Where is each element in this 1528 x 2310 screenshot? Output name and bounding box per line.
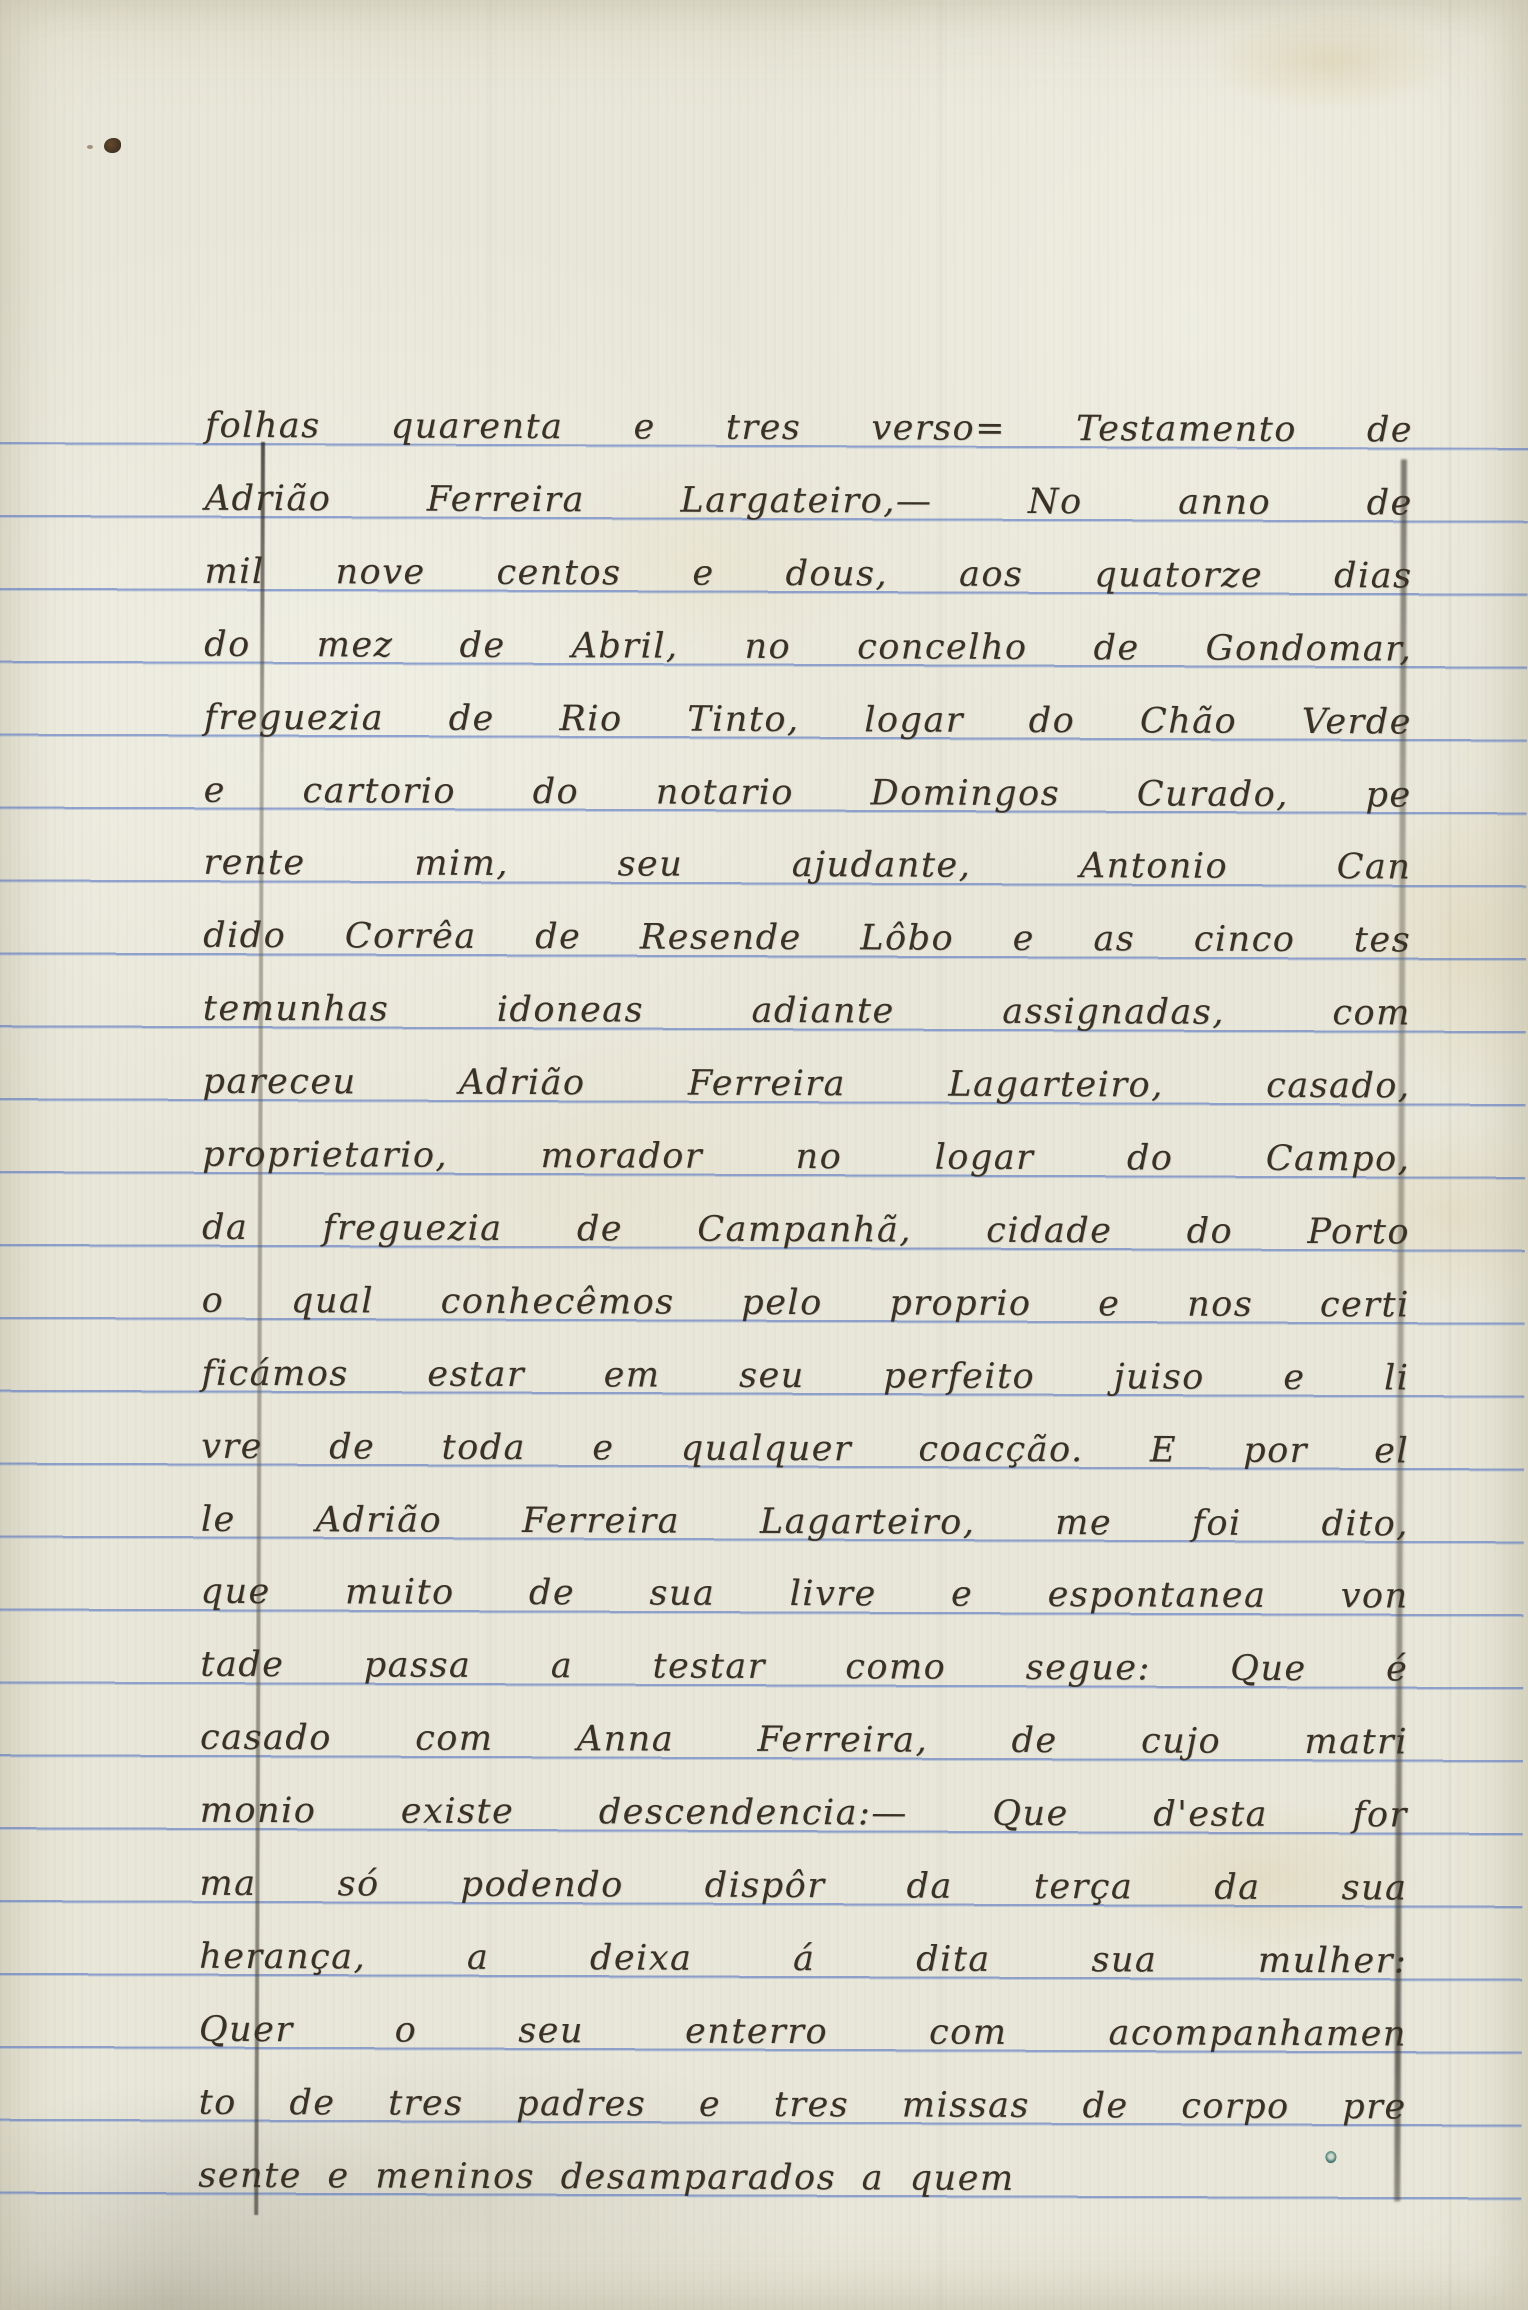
manuscript-line: le Adrião Ferreira Lagarteiro, me foi di… (201, 1491, 1409, 1552)
manuscript-line: freguezia de Rio Tinto, logar do Chão Ve… (204, 689, 1412, 750)
manuscript-line: mil nove centos e dous, aos quatorze dia… (204, 544, 1412, 605)
manuscript-line: e cartorio do notario Domingos Curado, p… (204, 762, 1412, 823)
manuscript-line: Adrião Ferreira Largateiro,— No anno de (205, 471, 1413, 532)
manuscript-line: temunhas idoneas adiante assignadas, com (203, 981, 1411, 1042)
manuscript-line: vre de toda e qualquer coacção. E por el (201, 1418, 1409, 1479)
manuscript-line: rente mim, seu ajudante, Antonio Can (203, 835, 1411, 896)
handwritten-text-block: folhas quarenta e tres verso= Testamento… (198, 1, 1415, 2310)
manuscript-line: proprietario, morador no logar do Campo, (202, 1127, 1410, 1188)
manuscript-line: to de tres padres e tres missas de corpo… (199, 2074, 1407, 2135)
manuscript-line: casado com Anna Ferreira, de cujo matri (200, 1710, 1408, 1771)
manuscript-line: do mez de Abril, no concelho de Gondomar… (204, 616, 1412, 677)
manuscript-page: folhas quarenta e tres verso= Testamento… (0, 0, 1528, 2310)
manuscript-line: Quer o seu enterro com acompanhamen (199, 2002, 1407, 2063)
manuscript-line: monio existe descendencia:— Que d'esta f… (200, 1783, 1408, 1844)
manuscript-line: que muito de sua livre e espontanea von (200, 1564, 1408, 1625)
manuscript-line: ficámos estar em seu perfeito juiso e li (201, 1345, 1409, 1406)
manuscript-line: herança, a deixa á dita sua mulher: (199, 1929, 1407, 1990)
manuscript-line: sente e meninos desamparados a quem (198, 2147, 1406, 2208)
manuscript-line: pareceu Adrião Ferreira Lagarteiro, casa… (202, 1054, 1410, 1115)
manuscript-line: dido Corrêa de Resende Lôbo e as cinco t… (203, 908, 1411, 969)
manuscript-line: folhas quarenta e tres verso= Testamento… (205, 398, 1413, 459)
manuscript-line: ma só podendo dispôr da terça da sua (199, 1856, 1407, 1917)
manuscript-line: tade passa a testar como segue: Que é (200, 1637, 1408, 1698)
green-speck (1325, 2151, 1336, 2163)
manuscript-line: da freguezia de Campanhã, cidade do Port… (202, 1200, 1410, 1261)
ruled-writing-area: folhas quarenta e tres verso= Testamento… (0, 0, 1528, 2310)
manuscript-line: o qual conhecêmos pelo proprio e nos cer… (202, 1273, 1410, 1334)
